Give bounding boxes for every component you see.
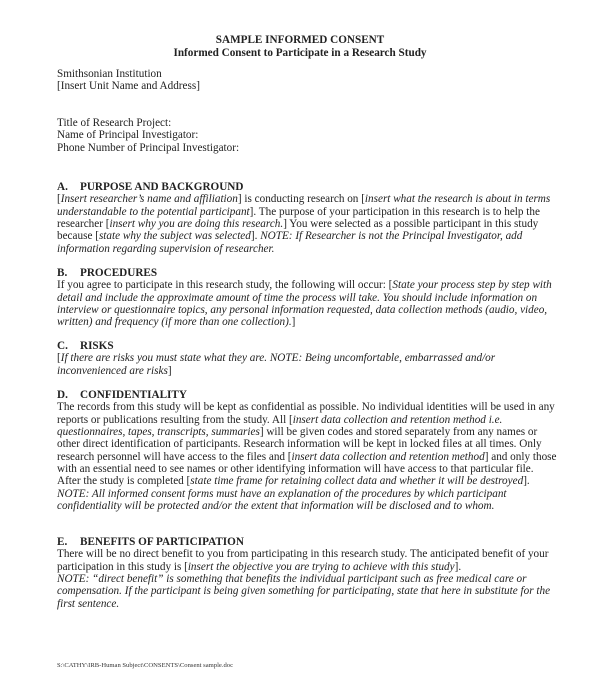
document-title-block: SAMPLE INFORMED CONSENT Informed Consent…	[0, 34, 600, 59]
section-note: NOTE: “direct benefit” is something that…	[57, 573, 557, 610]
field-pi-phone: Phone Number of Principal Investigator:	[57, 142, 557, 154]
section-heading: A.PURPOSE AND BACKGROUND	[57, 181, 557, 193]
section-procedures: B.PROCEDURES If you agree to participate…	[57, 267, 557, 329]
section-note: NOTE: All informed consent forms must ha…	[57, 488, 557, 513]
section-heading: D.CONFIDENTIALITY	[57, 389, 557, 401]
section-heading: B.PROCEDURES	[57, 267, 557, 279]
document-subtitle: Informed Consent to Participate in a Res…	[0, 47, 600, 60]
unit-placeholder: [Insert Unit Name and Address]	[57, 80, 557, 92]
section-heading: E.BENEFITS OF PARTICIPATION	[57, 536, 557, 548]
field-project-title: Title of Research Project:	[57, 117, 557, 129]
section-body: [Insert researcher’s name and affiliatio…	[57, 193, 557, 255]
document-title: SAMPLE INFORMED CONSENT	[0, 34, 600, 47]
section-purpose: A.PURPOSE AND BACKGROUND [Insert researc…	[57, 181, 557, 255]
section-body: The records from this study will be kept…	[57, 401, 557, 487]
institution-block: Smithsonian Institution [Insert Unit Nam…	[57, 68, 557, 93]
section-benefits: E.BENEFITS OF PARTICIPATION There will b…	[57, 536, 557, 610]
section-body: If you agree to participate in this rese…	[57, 279, 557, 328]
document-page: SAMPLE INFORMED CONSENT Informed Consent…	[0, 0, 600, 700]
section-risks: C.RISKS [If there are risks you must sta…	[57, 340, 557, 377]
project-fields: Title of Research Project: Name of Princ…	[57, 117, 557, 154]
institution-name: Smithsonian Institution	[57, 68, 557, 80]
section-body: There will be no direct benefit to you f…	[57, 548, 557, 573]
section-heading: C.RISKS	[57, 340, 557, 352]
field-pi-name: Name of Principal Investigator:	[57, 129, 557, 141]
section-confidentiality: D.CONFIDENTIALITY The records from this …	[57, 389, 557, 512]
footer-file-path: S:\CATHY\IRB-Human Subject\CONSENTS\Cons…	[57, 660, 233, 672]
section-body: [If there are risks you must state what …	[57, 352, 557, 377]
